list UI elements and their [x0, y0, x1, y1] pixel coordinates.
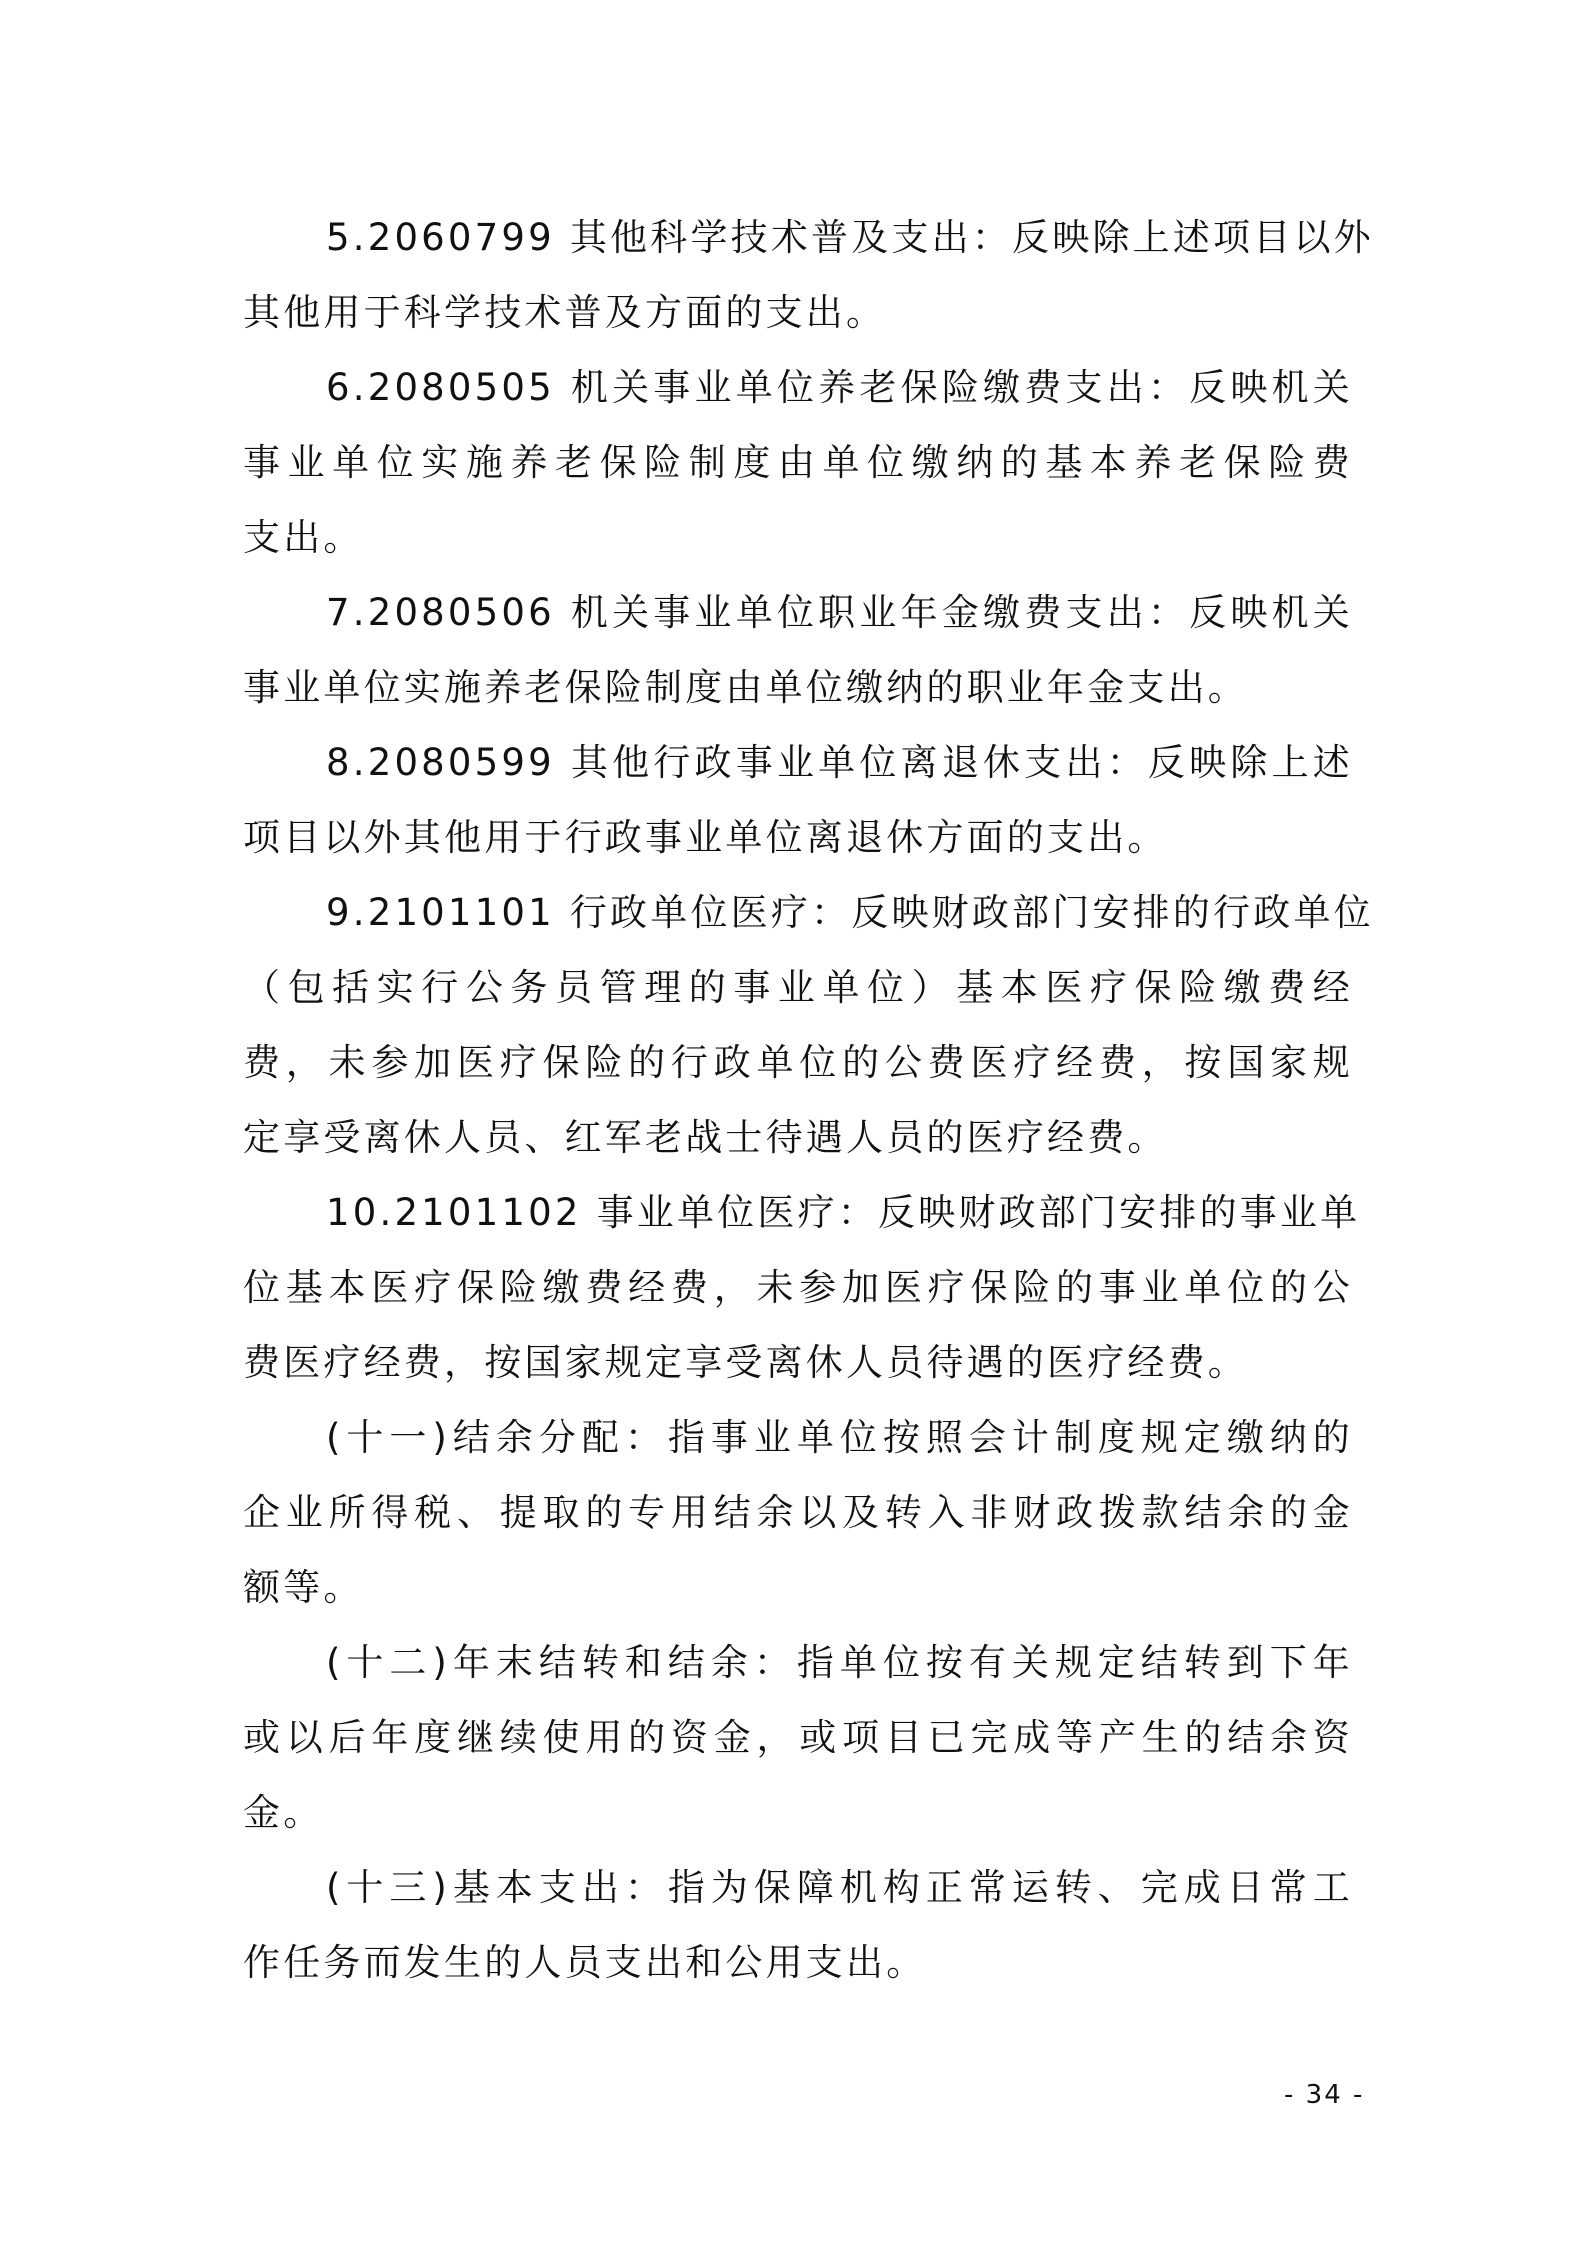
paragraph-13-line-1: (十三)基本支出：指为保障机构正常运转、完成日常工 — [326, 1858, 1353, 1918]
paragraph-11-line-3: 额等。 — [243, 1558, 1353, 1618]
paragraph-9-line-2: （包括实行公务员管理的事业单位）基本医疗保险缴费经 — [243, 958, 1353, 1018]
paragraph-6-line-2: 事业单位实施养老保险制度由单位缴纳的基本养老保险费 — [243, 433, 1353, 493]
paragraph-10-line-2: 位基本医疗保险缴费经费，未参加医疗保险的事业单位的公 — [243, 1258, 1353, 1318]
paragraph-9-line-3: 费，未参加医疗保险的行政单位的公费医疗经费，按国家规 — [243, 1033, 1353, 1093]
paragraph-7-line-2: 事业单位实施养老保险制度由单位缴纳的职业年金支出。 — [243, 658, 1353, 718]
paragraph-12-line-1: (十二)年末结转和结余：指单位按有关规定结转到下年 — [326, 1633, 1353, 1693]
paragraph-11-line-1: (十一)结余分配：指事业单位按照会计制度规定缴纳的 — [326, 1408, 1353, 1468]
paragraph-8-line-1: 8.2080599 其他行政事业单位离退休支出：反映除上述 — [326, 733, 1353, 793]
paragraph-9-line-1: 9.2101101 行政单位医疗：反映财政部门安排的行政单位 — [326, 883, 1353, 943]
paragraph-10-line-1: 10.2101102 事业单位医疗：反映财政部门安排的事业单 — [326, 1183, 1353, 1243]
paragraph-10-line-3: 费医疗经费，按国家规定享受离休人员待遇的医疗经费。 — [243, 1333, 1353, 1393]
paragraph-6-line-1: 6.2080505 机关事业单位养老保险缴费支出：反映机关 — [326, 358, 1353, 418]
paragraph-8-line-2: 项目以外其他用于行政事业单位离退休方面的支出。 — [243, 808, 1353, 868]
page-number: - 34 - — [1284, 2078, 1364, 2112]
paragraph-5-line-2: 其他用于科学技术普及方面的支出。 — [243, 283, 1353, 343]
paragraph-12-line-3: 金。 — [243, 1783, 1353, 1843]
paragraph-9-line-4: 定享受离休人员、红军老战士待遇人员的医疗经费。 — [243, 1108, 1353, 1168]
paragraph-5-line-1: 5.2060799 其他科学技术普及支出：反映除上述项目以外 — [326, 208, 1353, 268]
paragraph-12-line-2: 或以后年度继续使用的资金，或项目已完成等产生的结余资 — [243, 1708, 1353, 1768]
paragraph-7-line-1: 7.2080506 机关事业单位职业年金缴费支出：反映机关 — [326, 583, 1353, 643]
paragraph-11-line-2: 企业所得税、提取的专用结余以及转入非财政拨款结余的金 — [243, 1483, 1353, 1543]
paragraph-6-line-3: 支出。 — [243, 508, 1353, 568]
document-page: 5.2060799 其他科学技术普及支出：反映除上述项目以外 其他用于科学技术普… — [0, 0, 1587, 2245]
paragraph-13-line-2: 作任务而发生的人员支出和公用支出。 — [243, 1933, 1353, 1993]
